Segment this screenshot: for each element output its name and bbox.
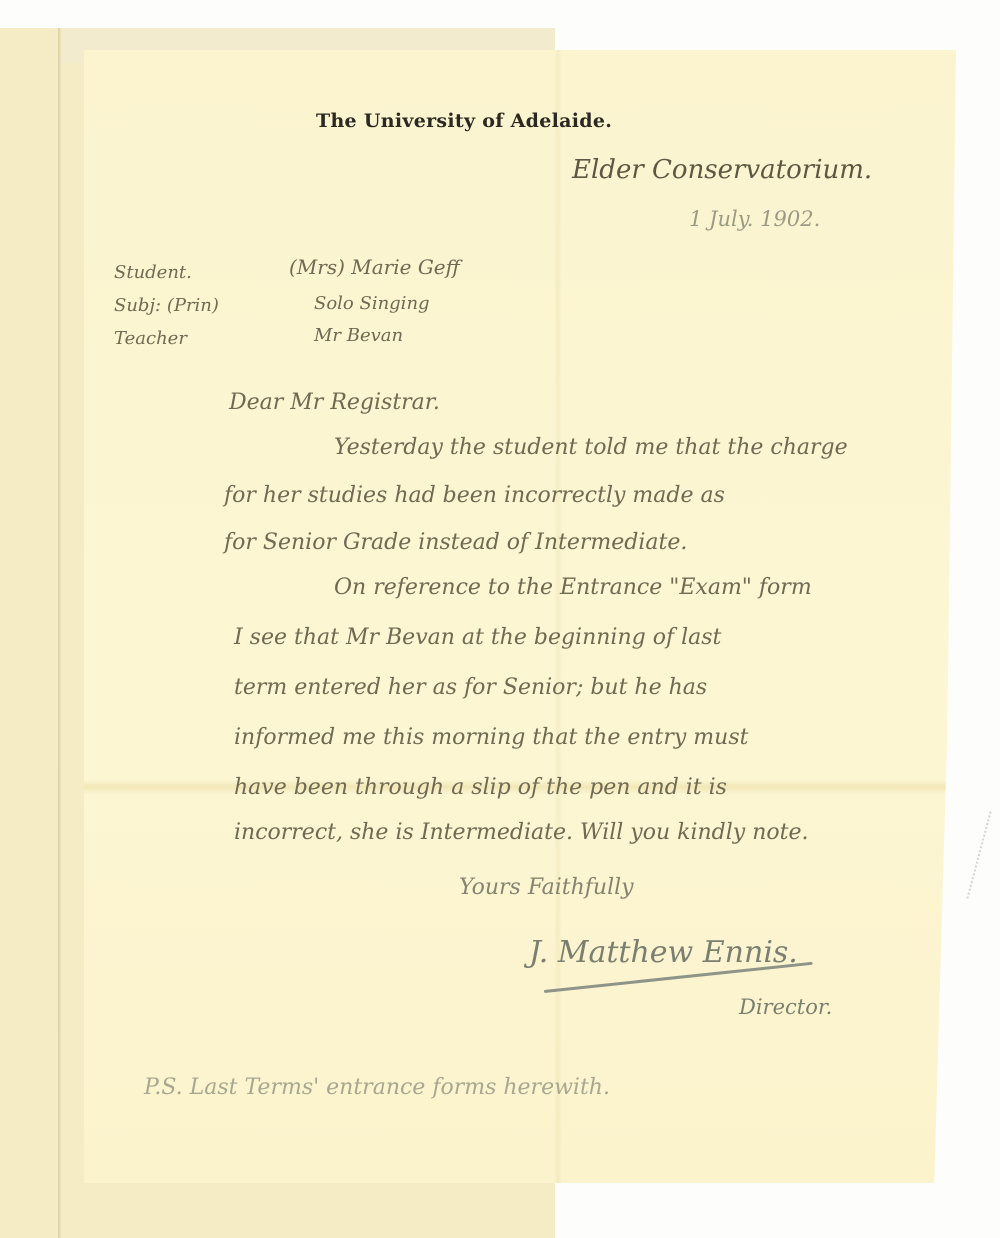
signature-title: Director.: [739, 995, 832, 1019]
salutation: Dear Mr Registrar.: [229, 390, 440, 415]
body-line: incorrect, she is Intermediate. Will you…: [234, 820, 808, 845]
detail-value-teacher: Mr Bevan: [314, 325, 403, 346]
body-line: On reference to the Entrance "Exam" form: [334, 575, 812, 600]
letter-sheet: The University of Adelaide. Elder Conser…: [84, 50, 956, 1183]
body-line: informed me this morning that the entry …: [234, 725, 748, 750]
detail-value-student: (Mrs) Marie Geff: [289, 255, 460, 279]
signature: J. Matthew Ennis.: [529, 935, 798, 970]
body-line: have been through a slip of the pen and …: [234, 775, 727, 800]
detail-label-subject: Subj: (Prin): [114, 295, 219, 316]
closing: Yours Faithfully: [459, 875, 634, 900]
detail-label-teacher: Teacher: [114, 328, 187, 349]
letterhead: The University of Adelaide.: [316, 110, 612, 132]
detail-label-student: Student.: [114, 262, 192, 283]
date: 1 July. 1902.: [689, 207, 820, 231]
page-spine: [58, 28, 61, 1238]
scan-edge-artifact: [966, 811, 991, 898]
body-line: for Senior Grade instead of Intermediate…: [224, 530, 687, 555]
body-line: for her studies had been incorrectly mad…: [224, 483, 725, 508]
body-line: term entered her as for Senior; but he h…: [234, 675, 707, 700]
body-line: Yesterday the student told me that the c…: [334, 435, 848, 460]
postscript: P.S. Last Terms' entrance forms herewith…: [144, 1075, 610, 1100]
address: Elder Conservatorium.: [572, 155, 872, 185]
show-through-text: [0, 768, 59, 1028]
detail-value-subject: Solo Singing: [314, 293, 430, 314]
vertical-fold: [554, 50, 562, 1183]
body-line: I see that Mr Bevan at the beginning of …: [234, 625, 721, 650]
